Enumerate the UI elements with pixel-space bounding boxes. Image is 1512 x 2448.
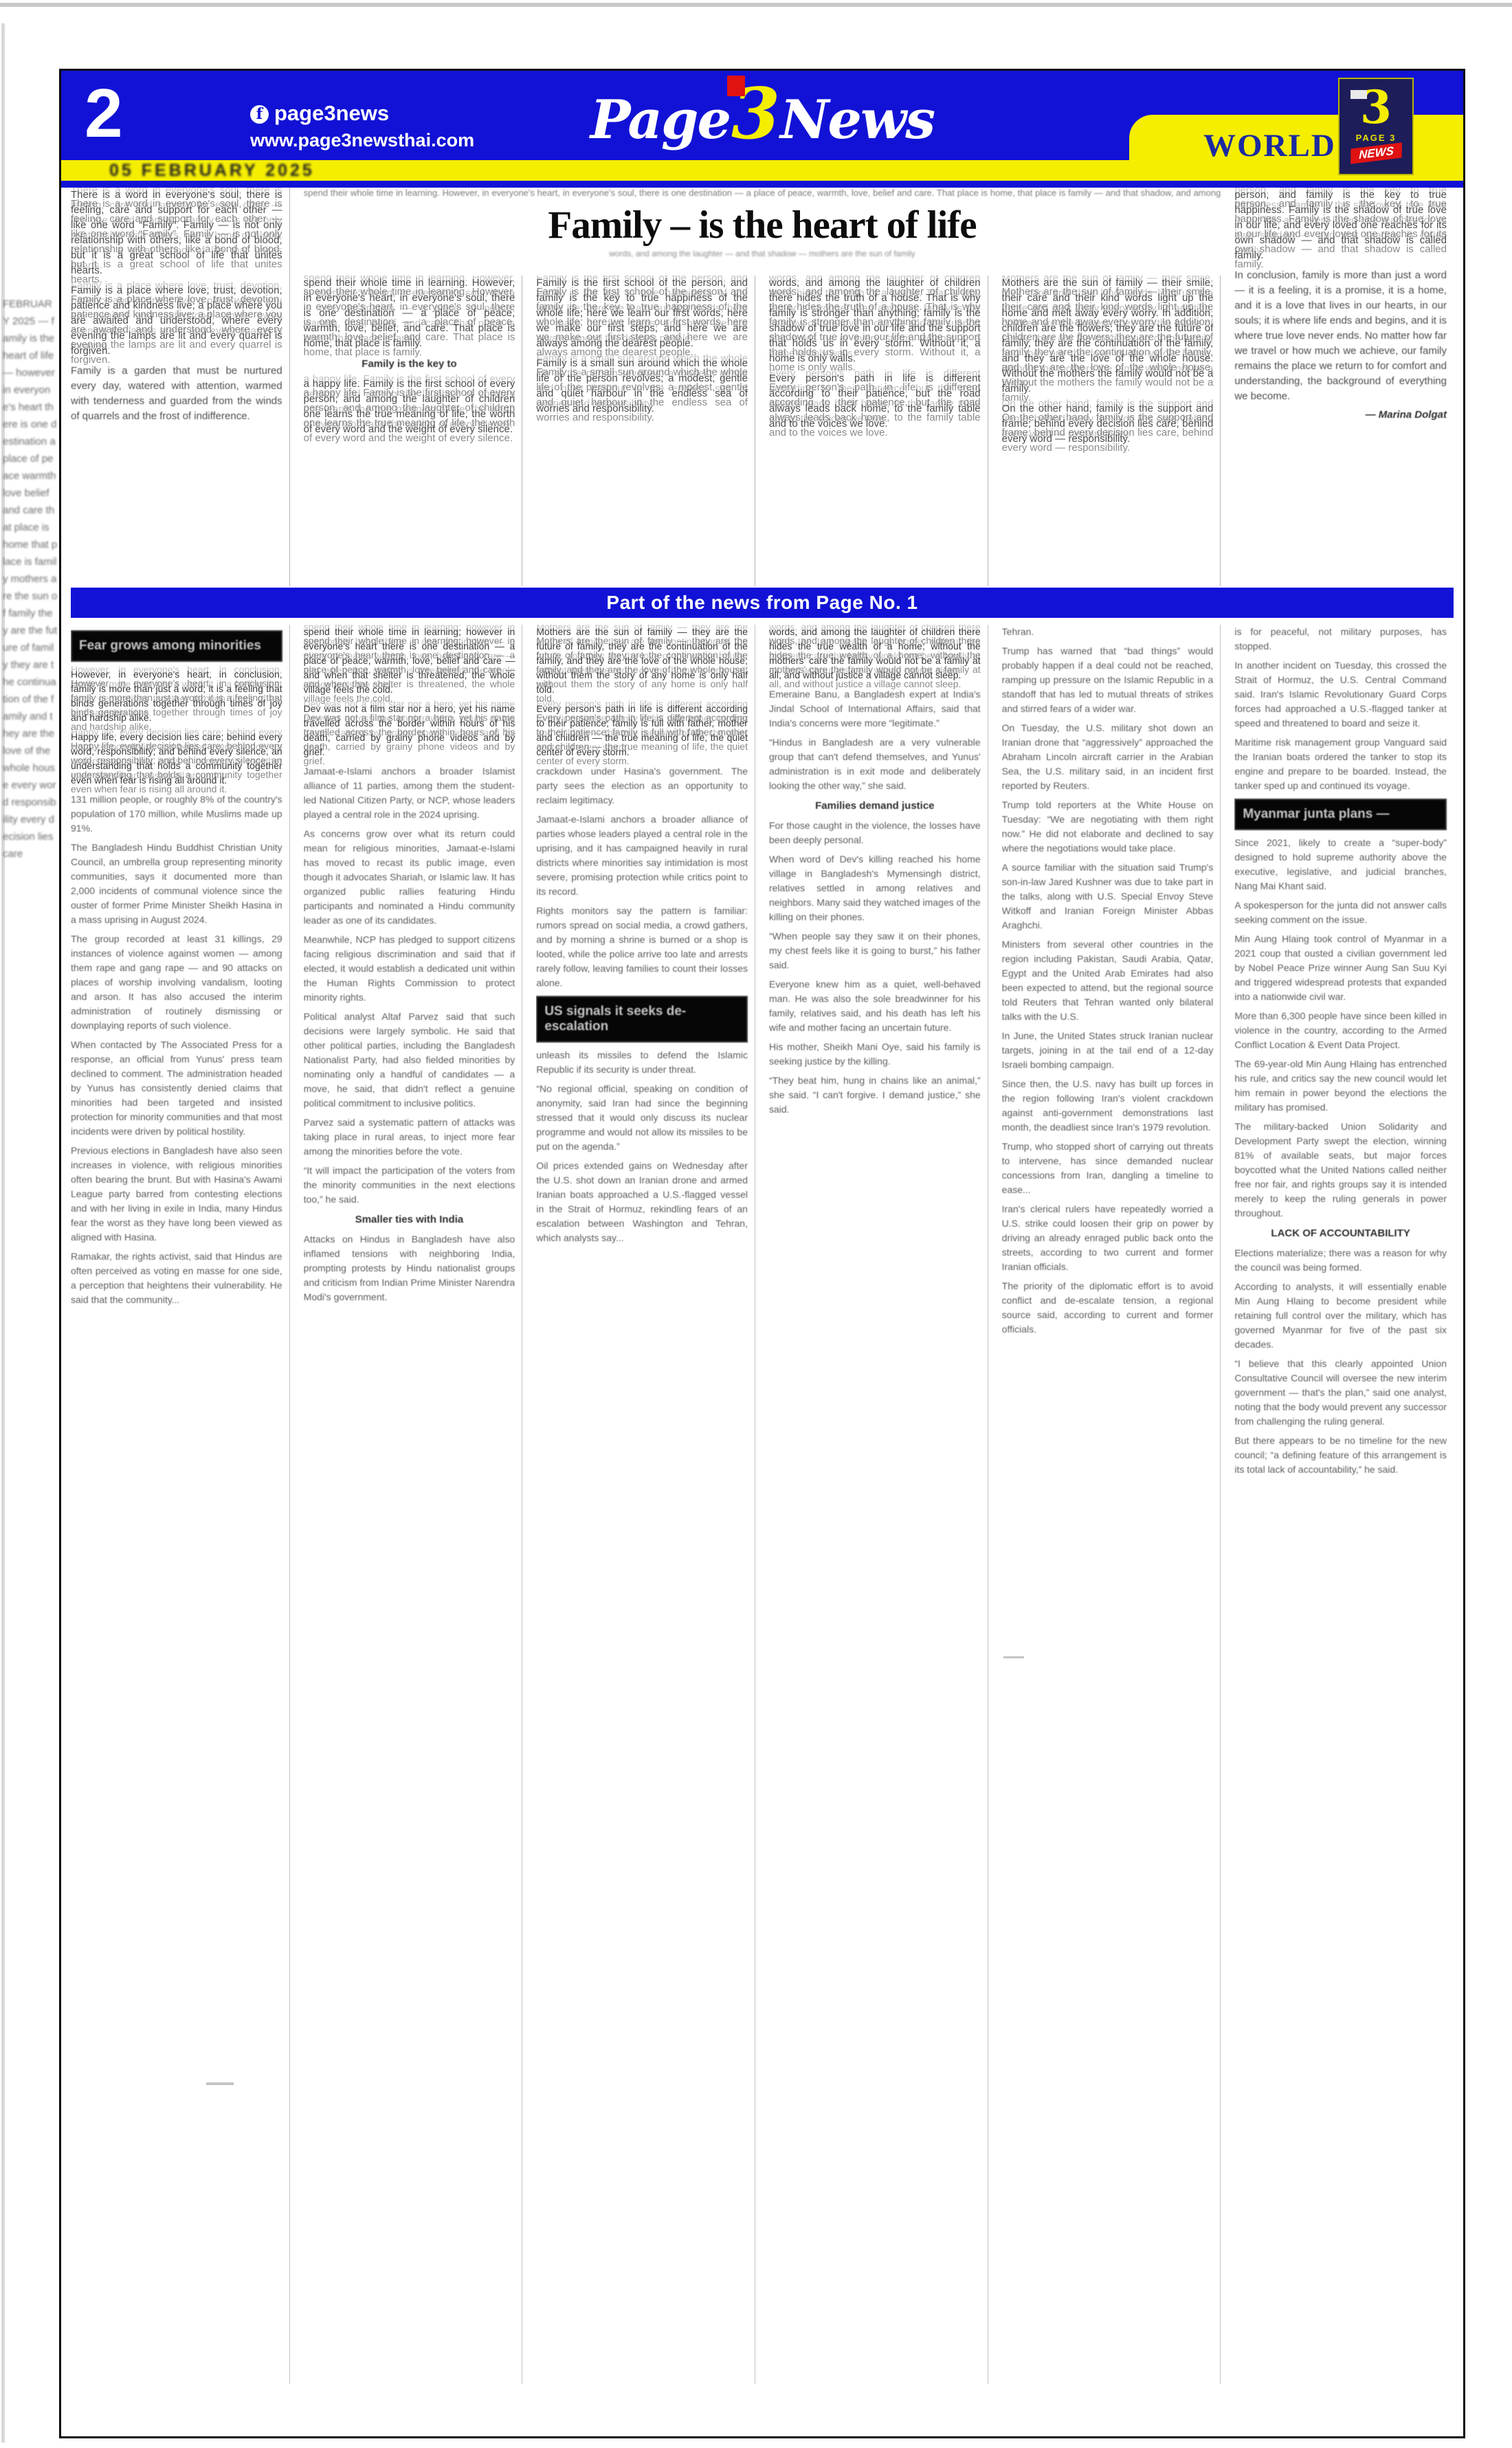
body-paragraph: “They beat him, hung in chains like an a… (769, 1073, 981, 1117)
scan-speck (206, 2082, 234, 2085)
body-paragraph: According to analysts, it will essential… (1234, 1280, 1447, 1352)
body-paragraph: Min Aung Hlaing took control of Myanmar … (1234, 932, 1447, 1004)
body-paragraph-ghost: Every person's path in life is different… (536, 702, 748, 759)
body-column: Mothers are the sun of family — they are… (536, 625, 755, 2384)
body-paragraph: Jamaat-e-Islami anchors a broader Islami… (304, 764, 515, 822)
body-paragraph-ghost: Family is the first school of the person… (536, 276, 748, 351)
body-paragraph: 131 million people, or roughly 8% of the… (71, 792, 282, 836)
body-paragraph: Attacks on Hindus in Bangladesh have als… (304, 1232, 515, 1304)
body-paragraph: Parvez said a systematic pattern of atta… (304, 1115, 515, 1159)
body-paragraph: When contacted by The Associated Press f… (71, 1038, 282, 1139)
sub-headline: Smaller ties with India (304, 1214, 515, 1225)
body-column: Tehran.Trump has warned that “bad things… (1002, 625, 1221, 2384)
body-paragraph: But there appears to be no timeline for … (1234, 1434, 1447, 1477)
lead-article: There is a word in everyone's soul, ther… (71, 188, 1454, 586)
main-headline: Family – is the heart of life (304, 203, 1221, 247)
body-paragraph: Oil prices extended gains on Wednesday a… (536, 1159, 748, 1245)
body-paragraph: The 69-year-old Min Aung Hlaing has entr… (1234, 1057, 1447, 1115)
page3-logo: 3 PAGE 3 NEWS (1338, 78, 1414, 175)
body-paragraph: Ramakar, the rights activist, said that … (71, 1249, 282, 1307)
section-header-box: US signals it seeks de-escalation (536, 996, 748, 1043)
body-paragraph: Previous elections in Bangladesh have al… (71, 1144, 282, 1245)
body-paragraph-ghost: spend their whole time in learning. Howe… (304, 276, 515, 351)
body-column: is for peaceful, not military purposes, … (1234, 625, 1454, 2384)
body-paragraph: Elections materialize; there was a reaso… (1234, 1246, 1447, 1275)
body-paragraph: Meanwhile, NCP has pledged to support ci… (304, 933, 515, 1005)
body-paragraph: Rights monitors say the pattern is famil… (536, 904, 748, 990)
section-header-box: Fear grows among minorities (71, 630, 282, 662)
body-paragraph: In conclusion, family is more than just … (1234, 268, 1447, 404)
continuation-banner: Part of the news from Page No. 1 (71, 588, 1454, 618)
body-paragraph-ghost: Mothers are the sun of family — they are… (536, 625, 748, 697)
body-paragraph: The military-backed Union Solidarity and… (1234, 1120, 1447, 1221)
body-paragraph: “It will impact the participation of the… (304, 1164, 515, 1207)
body-paragraph: Maritime risk management group Vanguard … (1234, 735, 1447, 793)
logo-page-label: PAGE 3 (1339, 133, 1412, 143)
body-column: words, and among the laughter of childre… (769, 625, 988, 2384)
page-content: There is a word in everyone's soul, ther… (71, 188, 1454, 2429)
body-paragraph-ghost: Family is a place where love, trust, dev… (71, 283, 282, 359)
body-paragraph: A source familiar with the situation sai… (1002, 860, 1214, 933)
page-header: 2 fpage3news www.page3newsthai.com Page3… (61, 71, 1463, 188)
body-paragraph-ghost: a happy life. Family is the first school… (304, 377, 515, 437)
body-paragraph: crackdown under Hasina's government. The… (536, 764, 748, 808)
body-paragraph: In June, the United States struck Irania… (1002, 1029, 1214, 1072)
body-paragraph: Tehran. (1002, 625, 1214, 639)
body-paragraph: More than 6,300 people have since been k… (1234, 1009, 1447, 1052)
body-paragraph: “No regional official, speaking on condi… (536, 1082, 748, 1154)
issue-date: 05 FEBRUARY 2025 (109, 161, 315, 181)
headline-noise-below: words, and among the laughter — and that… (304, 249, 1221, 258)
lead-article-column: There is a word in everyone's soul, ther… (71, 188, 290, 586)
body-paragraph: The group recorded at least 31 killings,… (71, 932, 282, 1033)
sub-headline: Families demand justice (769, 800, 981, 812)
body-paragraph-ghost: Dev was not a film star nor a hero, yet … (304, 702, 515, 759)
body-paragraph: Emeraine Banu, a Bangladesh expert at In… (769, 687, 981, 731)
headline-kicker-noise: spend their whole time in learning. Howe… (304, 188, 1221, 199)
body-paragraph: Trump has warned that “bad things” would… (1002, 644, 1214, 716)
body-paragraph-ghost: spend their whole time in learning; howe… (304, 625, 515, 697)
body-paragraph: Everyone knew him as a quiet, well-behav… (769, 977, 981, 1035)
body-paragraph: In another incident on Tuesday, this cro… (1234, 658, 1447, 731)
lead-article-column: Mothers are the sun of family — their sm… (1002, 276, 1221, 586)
body-paragraph: The priority of the diplomatic effort is… (1002, 1279, 1214, 1337)
lead-article-column: person, and family is the key to true ha… (1234, 188, 1454, 586)
body-paragraph: For those caught in the violence, the lo… (769, 819, 981, 847)
body-paragraph: On Tuesday, the U.S. military shot down … (1002, 721, 1214, 793)
body-paragraph: Political analyst Altaf Parvez said that… (304, 1010, 515, 1111)
body-paragraph: Jamaat-e-Islami anchors a broader allian… (536, 812, 748, 899)
body-column: Fear grows among minoritiesHowever, in e… (71, 625, 290, 2384)
margin-bleed-text: FEBRUARY 2025 — family is the heart of l… (3, 296, 58, 997)
body-paragraph-ghost: Happy life, every decision lies care; be… (71, 730, 282, 788)
masthead-news: News (780, 89, 934, 151)
logo-news-ribbon: NEWS (1350, 142, 1402, 164)
body-paragraph-ghost: Mothers are the sun of family — their sm… (1002, 276, 1214, 397)
body-paragraph-ghost: words, and among the laughter of childre… (769, 276, 981, 366)
masthead-page: Page (590, 89, 730, 151)
body-paragraph: As concerns grow over what its return co… (304, 827, 515, 928)
body-paragraph-ghost: Family is a small sun around which the w… (536, 356, 748, 416)
blue-divider-strip (61, 181, 1463, 188)
body-paragraph-ghost: However, in everyone's heart, in conclus… (71, 667, 282, 725)
window-top-edge (0, 3, 1512, 7)
lead-article-column: words, and among the laughter of childre… (769, 276, 988, 586)
body-paragraph: unleash its missiles to defend the Islam… (536, 1048, 748, 1077)
lead-article-column: Family is the first school of the person… (536, 276, 755, 586)
body-paragraph-ghost: There is a word in everyone's soul, ther… (71, 188, 282, 278)
body-articles: Fear grows among minoritiesHowever, in e… (71, 625, 1454, 2384)
logo-white-square (1350, 90, 1367, 99)
body-paragraph-ghost: Every person's path in life is different… (769, 371, 981, 432)
headline-block: spend their whole time in learning. Howe… (304, 188, 1221, 276)
body-paragraph: Iran's clerical rulers have repeatedly w… (1002, 1202, 1214, 1274)
section-header-box: Myanmar junta plans — (1234, 799, 1447, 830)
masthead-3: 3 (730, 73, 780, 155)
body-paragraph: Trump told reporters at the White House … (1002, 798, 1214, 856)
masthead-red-flag-icon (727, 76, 745, 96)
sub-headline: LACK OF ACCOUNTABILITY (1234, 1227, 1447, 1239)
body-paragraph: “When people say they saw it on their ph… (769, 929, 981, 972)
body-paragraph: Ministers from several other countries i… (1002, 937, 1214, 1024)
body-paragraph-ghost: words, and among the laughter of childre… (769, 625, 981, 682)
lead-article-column: spend their whole time in learning. Howe… (304, 276, 523, 586)
body-paragraph: Since 2021, likely to create a “super-bo… (1234, 836, 1447, 893)
body-paragraph: His mother, Sheikh Mani Oye, said his fa… (769, 1040, 981, 1069)
section-label: WORLD (1203, 127, 1336, 164)
body-paragraph-ghost: person, and family is the key to true ha… (1234, 188, 1447, 263)
body-paragraph: Family is a garden that must be nurtured… (71, 364, 282, 424)
byline: — Marina Dolgat (1234, 409, 1447, 421)
body-paragraph: “I believe that this clearly appointed U… (1234, 1357, 1447, 1429)
sub-headline: Family is the key to (304, 358, 515, 370)
newspaper-page: 2 fpage3news www.page3newsthai.com Page3… (59, 69, 1465, 2438)
body-paragraph: Since then, the U.S. navy has built up f… (1002, 1077, 1214, 1135)
body-paragraph: The Bangladesh Hindu Buddhist Christian … (71, 841, 282, 927)
body-paragraph: is for peaceful, not military purposes, … (1234, 625, 1447, 654)
body-paragraph: “Hindus in Bangladesh are a very vulnera… (769, 735, 981, 793)
body-paragraph: Trump, who stopped short of carrying out… (1002, 1139, 1214, 1197)
scan-speck (1003, 1656, 1024, 1658)
body-paragraph: When word of Dev's killing reached his h… (769, 852, 981, 924)
body-column: spend their whole time in learning; howe… (304, 625, 523, 2384)
body-paragraph-ghost: On the other hand, family is the support… (1002, 401, 1214, 447)
body-paragraph: A spokesperson for the junta did not ans… (1234, 898, 1447, 927)
